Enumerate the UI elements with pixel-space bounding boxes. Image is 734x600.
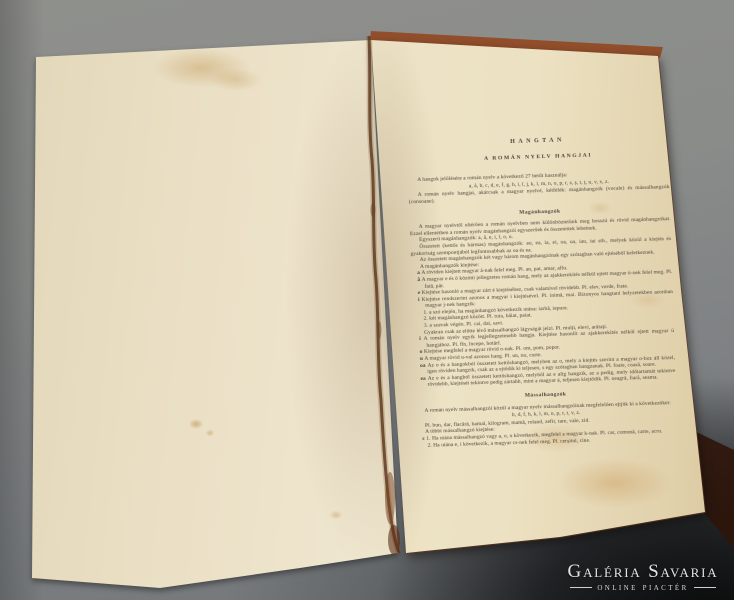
watermark-title: Galéria Savaria [558,561,728,582]
letter-marker: oa [420,362,428,368]
page-subtitle: A ROMÁN NYELV HANGJAI [408,150,669,165]
watermark-subtitle-row: online piactér [558,582,728,593]
watermark-subtitle: online piactér [597,582,688,593]
letter-marker: i [418,297,422,303]
letter-marker: î [419,336,424,342]
letter-marker: o [420,349,424,355]
watermark: Galéria Savaria online piactér [558,561,728,593]
page-text: HANGTAN A ROMÁN NYELV HANGJAI A hangok j… [407,134,678,449]
letter-marker: ea [420,376,427,382]
letter-marker: a [417,270,421,276]
page-text-blocks: A hangok jelölésére a román nyelv a köve… [408,169,677,449]
letter-marker: ă [417,277,421,283]
watermark-dash-left [570,587,592,588]
letter-marker: u [420,356,425,362]
letter-marker: c [422,436,426,442]
letter-marker: e [418,290,422,296]
book-photo: HANGTAN A ROMÁN NYELV HANGJAI A hangok j… [0,0,734,600]
watermark-dash-right [694,587,716,588]
